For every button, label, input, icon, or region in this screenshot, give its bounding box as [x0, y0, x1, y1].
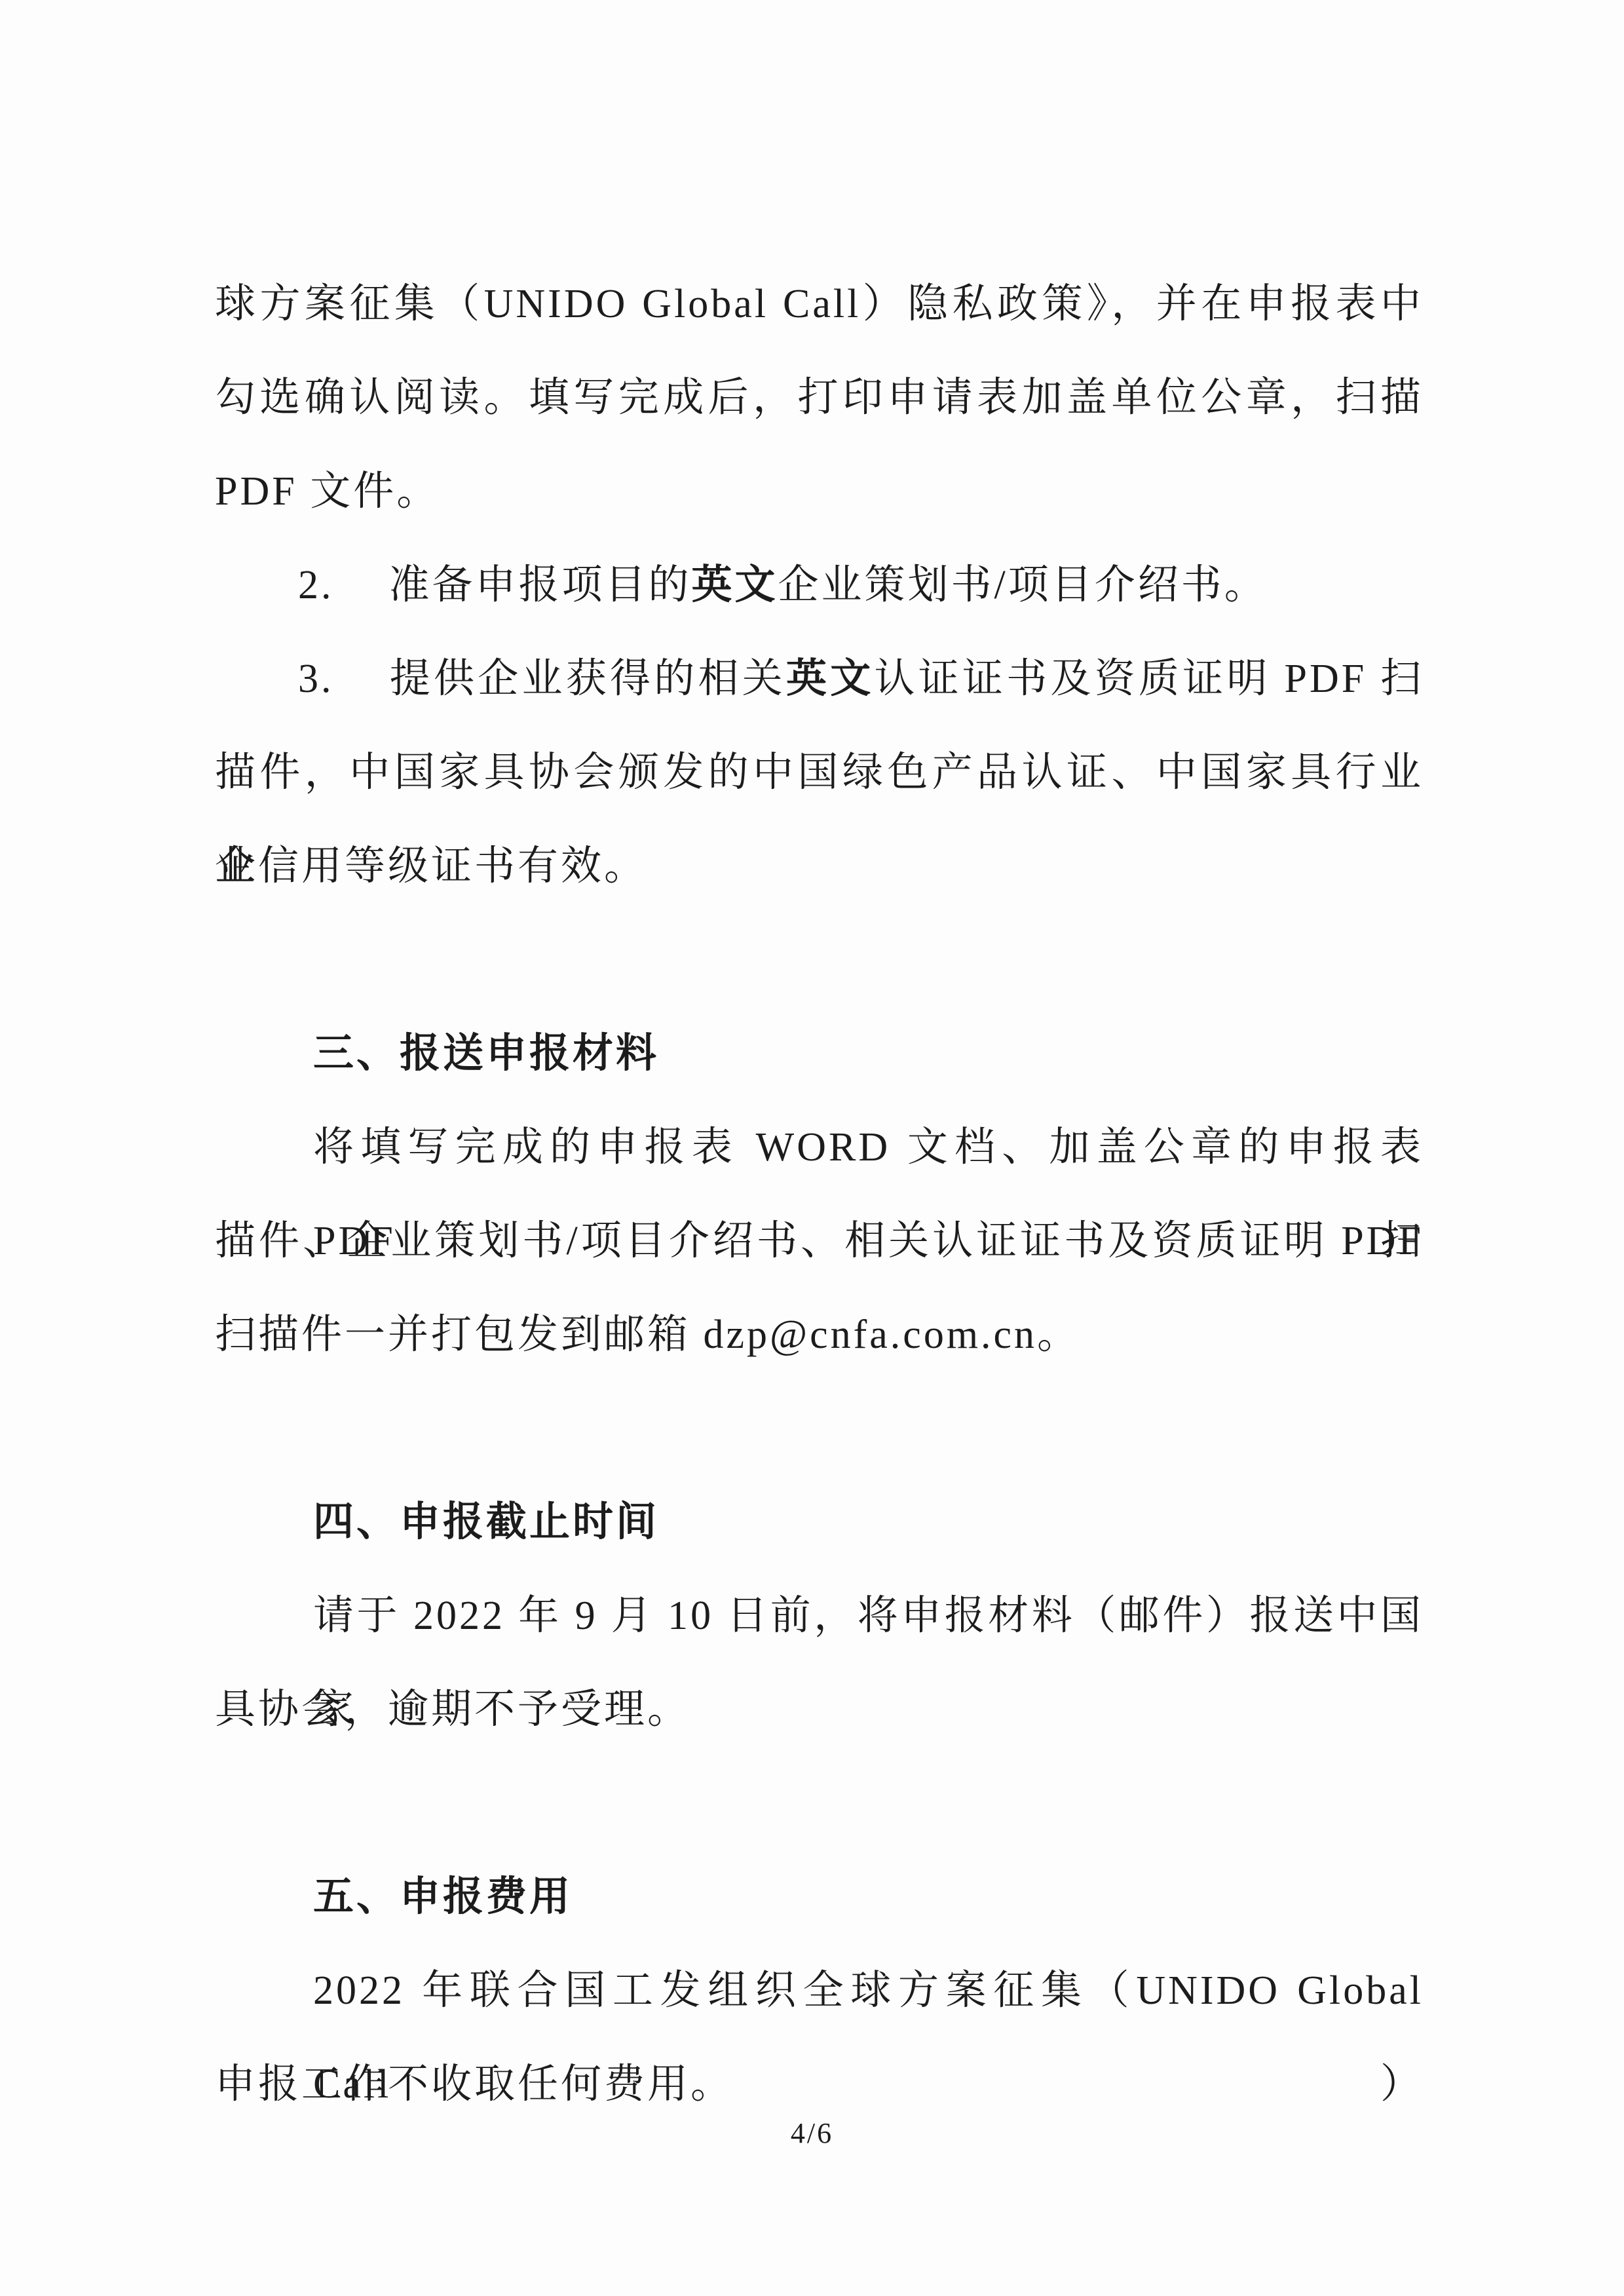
list-item-line: 3.提供企业获得的相关英文认证证书及资质证明 PDF 扫	[215, 632, 1424, 726]
page-number: 4/6	[0, 2114, 1624, 2153]
section-heading-deadline: 四、申报截止时间	[215, 1476, 1424, 1569]
text-line: 球方案征集（UNIDO Global Call）隐私政策》，并在申报表中	[215, 258, 1424, 351]
text-line: 将填写完成的申报表 WORD 文档、加盖公章的申报表 PDF 扫	[215, 1101, 1424, 1195]
text-line: 勾选确认阅读。填写完成后，打印申请表加盖单位公章，扫描	[215, 351, 1424, 445]
emphasis-text: 英文	[692, 563, 778, 607]
section-heading-materials: 三、报送申报材料	[215, 1007, 1424, 1101]
text-line: 请于 2022 年 9 月 10 日前，将申报材料（邮件）报送中国家	[215, 1569, 1424, 1663]
list-item-line: 2.准备申报项目的英文企业策划书/项目介绍书。	[215, 539, 1424, 632]
text-line: 2022 年联合国工发组织全球方案征集（UNIDO Global Call）	[215, 1944, 1424, 2038]
list-item-text: 准备申报项目的	[389, 563, 692, 607]
text-line: 描件、企业策划书/项目介绍书、相关认证证书及资质证明 PDF	[215, 1195, 1424, 1288]
list-item-text: 提供企业获得的相关	[389, 657, 787, 701]
text-line: PDF 文件。	[215, 445, 1424, 539]
list-item-text: 企业策划书/项目介绍书。	[778, 563, 1268, 607]
text-line: 具协会，逾期不予受理。	[215, 1663, 1424, 1757]
emphasis-text: 英文	[786, 657, 875, 701]
text-line: 扫描件一并打包发到邮箱 dzp@cnfa.com.cn。	[215, 1288, 1424, 1382]
section-heading-fees: 五、申报费用	[215, 1850, 1424, 1944]
document-body: 球方案征集（UNIDO Global Call）隐私政策》，并在申报表中 勾选确…	[215, 258, 1424, 2132]
text-line: 描件，中国家具协会颁发的中国绿色产品认证、中国家具行业企	[215, 726, 1424, 820]
blank-line	[215, 1382, 1424, 1476]
blank-line	[215, 913, 1424, 1007]
list-number: 3.	[298, 657, 334, 701]
list-item-text: 认证证书及资质证明 PDF 扫	[875, 657, 1424, 701]
document-page: 球方案征集（UNIDO Global Call）隐私政策》，并在申报表中 勾选确…	[0, 0, 1624, 2296]
blank-line	[215, 1757, 1424, 1850]
text-line: 业信用等级证书有效。	[215, 820, 1424, 913]
list-number: 2.	[298, 563, 334, 607]
